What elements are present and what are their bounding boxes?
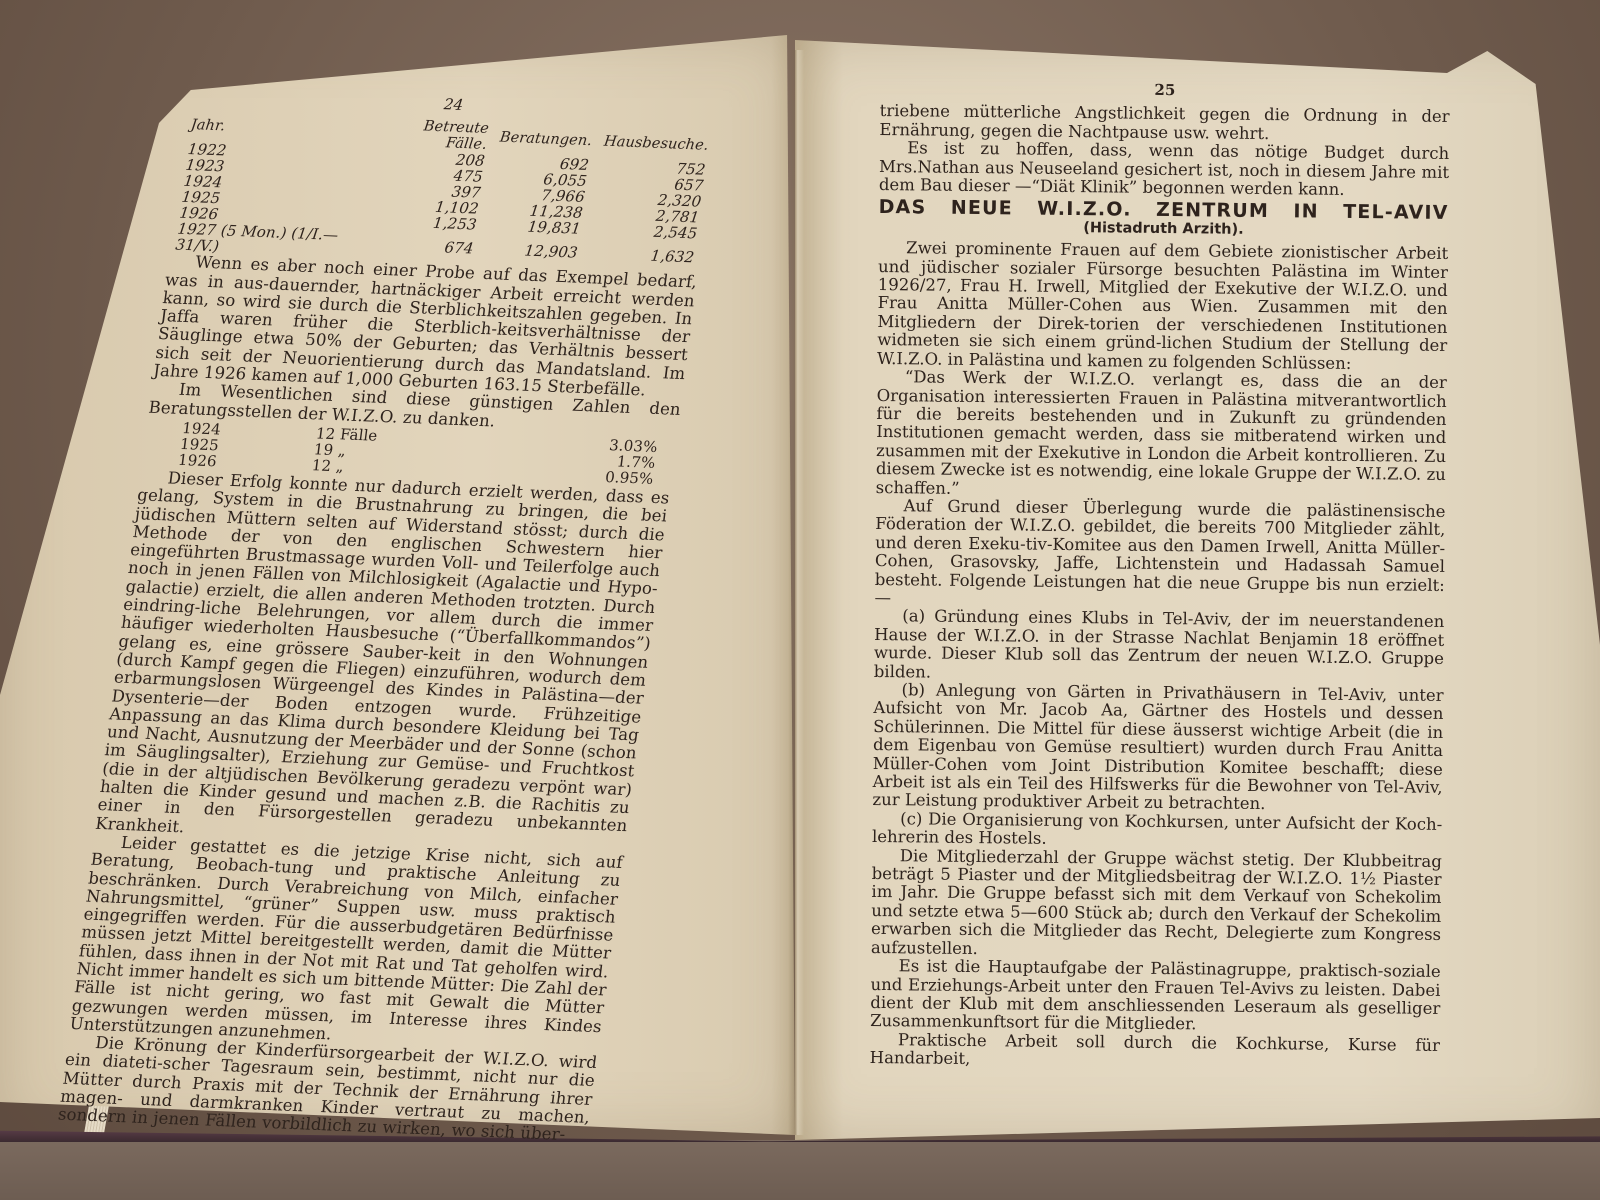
right-page-text: 25 triebene mütterliche Angstlichkeit ge…	[870, 78, 1450, 1073]
paragraph: Leider gestattet es die jetzige Krise ni…	[69, 833, 624, 1055]
column-header-cases: Betreute Fälle.	[376, 117, 496, 154]
paragraph: Die Mitgliederzahl der Gruppe wächst ste…	[871, 847, 1442, 963]
paragraph: Es ist zu hoffen, dass, wenn das nötige …	[879, 139, 1450, 200]
paragraph: Praktische Arbeit soll durch die Kochkur…	[870, 1031, 1440, 1074]
paragraph: Zwei prominente Frauen auf dem Gebiete z…	[877, 239, 1448, 374]
quote-paragraph: “Das Werk der W.I.Z.O. verlangt es, dass…	[876, 368, 1447, 503]
statistics-table: Jahr. Betreute Fälle. Beratungen. Hausbe…	[169, 109, 717, 274]
paragraph: Dieser Erfolg konnte nur dadurch erzielt…	[94, 468, 670, 854]
table-surface	[0, 1140, 1600, 1200]
paragraph: Die Krönung der Kinderfürsorgearbeit der…	[57, 1033, 598, 1145]
column-header-home-visits: Hausbesuche.	[596, 126, 717, 163]
book-gutter	[788, 50, 804, 1135]
column-header-consultations: Beratungen.	[492, 122, 600, 158]
paragraph: Es ist die Hauptaufgabe der Palästinagru…	[870, 957, 1441, 1037]
paragraph: Auf Grund dieser Überlegung wurde die pa…	[874, 497, 1445, 613]
paragraph: Wenn es aber noch einer Probe auf das Ex…	[152, 253, 698, 402]
list-item-b: (b) Anlegung von Gärten in Privathäusern…	[872, 681, 1443, 816]
list-item-a: (a) Gründung eines Klubs in Tel-Aviv, de…	[874, 607, 1445, 687]
